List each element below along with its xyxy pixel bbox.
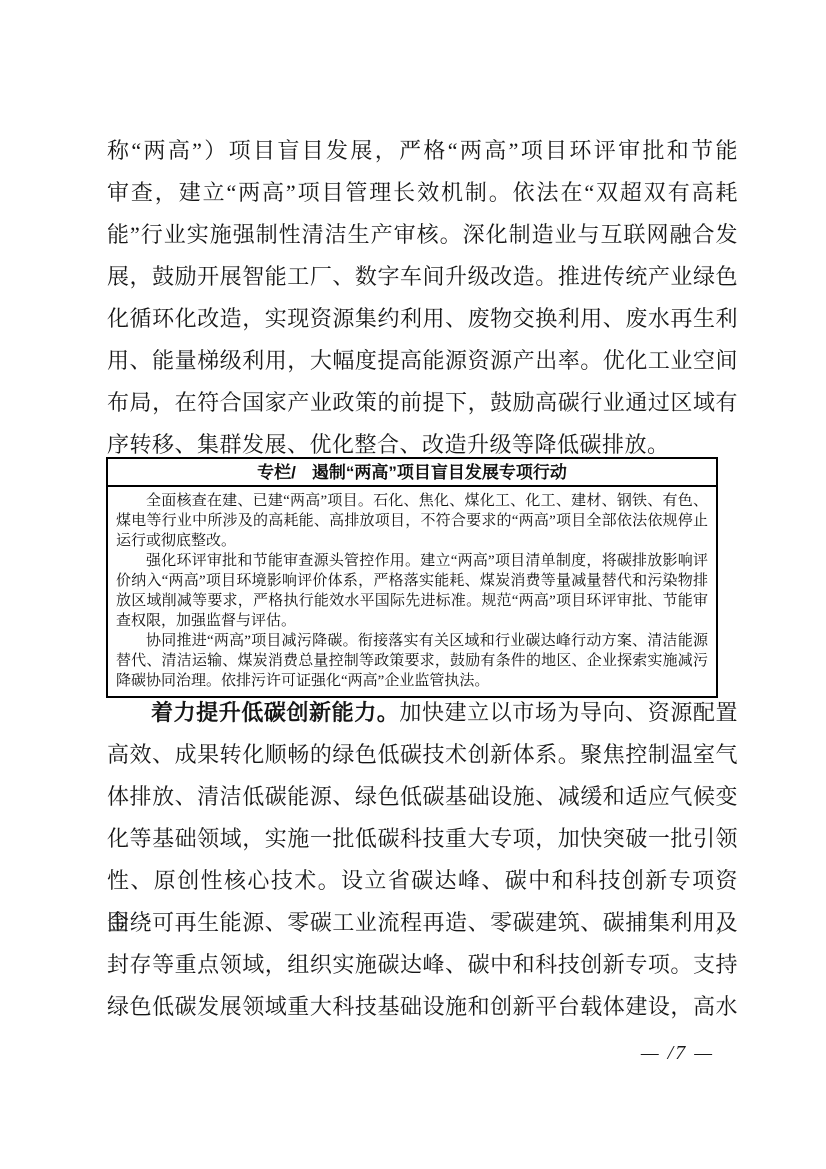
text-line: 绿色低碳发展领域重大科技基础设施和创新平台载体建设，高水 [107,986,738,1028]
column-box-label: 专栏/ [257,463,296,482]
column-box-paragraph: 协同推进“两高”项目减污降碳。衔接落实有关区域和行业碳达峰行动方案、清洁能源替代… [116,631,708,691]
paragraph-lead-bold: 着力提升低碳创新能力。 [151,700,399,725]
page-number: — /7 — [641,1040,714,1066]
document-page: 称“两高”）项目盲目发展，严格“两高”项目环评审批和节能 审查，建立“两高”项目… [0,0,826,1169]
text-line: 高效、成果转化顺畅的绿色低碳技术创新体系。聚焦控制温室气 [107,734,738,776]
column-box-body: 全面核查在建、已建“两高”项目。石化、焦化、煤化工、化工、建材、钢铁、有色、煤电… [108,487,716,696]
text-line: 性、原创性核心技术。设立省碳达峰、碳中和科技创新专项资金， [107,860,738,902]
text-line: 称“两高”）项目盲目发展，严格“两高”项目环评审批和节能 [107,130,738,172]
text-line: 封存等重点领域，组织实施碳达峰、碳中和科技创新专项。支持 [107,944,738,986]
special-column-box: 专栏/遏制“两高”项目盲目发展专项行动 全面核查在建、已建“两高”项目。石化、焦… [106,457,718,698]
column-box-title: 遏制“两高”项目盲目发展专项行动 [312,463,567,482]
text-line: 审查，建立“两高”项目管理长效机制。依法在“双超双有高耗 [107,172,738,214]
text-line: 体排放、清洁低碳能源、绿色低碳基础设施、减缓和适应气候变 [107,776,738,818]
text-line: 着力提升低碳创新能力。加快建立以市场为导向、资源配置 [107,692,738,734]
text-line: 能”行业实施强制性清洁生产审核。深化制造业与互联网融合发 [107,214,738,256]
text-line: 展，鼓励开展智能工厂、数字车间升级改造。推进传统产业绿色 [107,256,738,298]
text-line: 围绕可再生能源、零碳工业流程再造、零碳建筑、碳捕集利用及 [107,902,738,944]
text-line: 布局，在符合国家产业政策的前提下，鼓励高碳行业通过区域有 [107,382,738,424]
body-paragraph-bottom: 着力提升低碳创新能力。加快建立以市场为导向、资源配置 高效、成果转化顺畅的绿色低… [107,692,738,1028]
text-line: 化等基础领域，实施一批低碳科技重大专项，加快突破一批引领 [107,818,738,860]
text-line: 化循环化改造，实现资源集约利用、废物交换利用、废水再生利 [107,298,738,340]
column-box-paragraph: 强化环评审批和节能审查源头管控作用。建立“两高”项目清单制度，将碳排放影响评价纳… [116,551,708,631]
column-box-paragraph: 全面核查在建、已建“两高”项目。石化、焦化、煤化工、化工、建材、钢铁、有色、煤电… [116,491,708,551]
column-box-header: 专栏/遏制“两高”项目盲目发展专项行动 [108,459,716,487]
paragraph-lead-rest: 加快建立以市场为导向、资源配置 [399,700,738,725]
body-paragraph-top: 称“两高”）项目盲目发展，严格“两高”项目环评审批和节能 审查，建立“两高”项目… [107,130,738,466]
text-line: 用、能量梯级利用，大幅度提高能源资源产出率。优化工业空间 [107,340,738,382]
